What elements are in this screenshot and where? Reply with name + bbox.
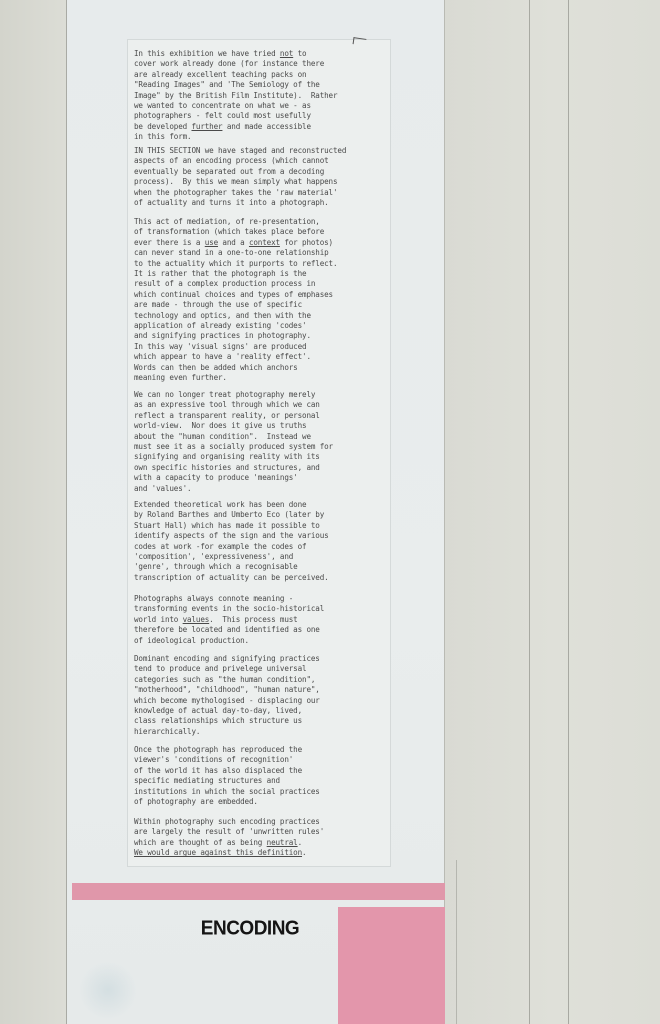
paragraph-this-section: IN THIS SECTION we have staged and recon… bbox=[134, 146, 346, 208]
paragraph-mediation: This act of mediation, of re-presentatio… bbox=[134, 217, 337, 384]
wall-seam bbox=[529, 0, 530, 1024]
paragraph-no-longer: We can no longer treat photography merel… bbox=[134, 390, 333, 494]
section-title: ENCODING bbox=[150, 917, 350, 940]
underlined-text: We would argue against this definition bbox=[134, 848, 302, 857]
wall-left bbox=[0, 0, 66, 1024]
paragraph-theory: Extended theoretical work has been done … bbox=[134, 500, 329, 583]
wall-seam bbox=[568, 0, 569, 1024]
paragraph-connote: Photographs always connote meaning - tra… bbox=[134, 594, 324, 646]
wall-right bbox=[444, 0, 660, 1024]
paragraph-within: Within photography such encoding practic… bbox=[134, 817, 324, 859]
underlined-text: values bbox=[183, 615, 210, 624]
underlined-text: further bbox=[191, 122, 222, 131]
pink-block bbox=[338, 907, 445, 1024]
pink-stripe bbox=[72, 883, 445, 900]
underlined-text: context bbox=[249, 238, 280, 247]
underlined-text: not bbox=[280, 49, 293, 58]
smudge bbox=[78, 960, 138, 1020]
underlined-text: neutral bbox=[267, 838, 298, 847]
paragraph-intro: In this exhibition we have tried not to … bbox=[134, 49, 337, 143]
underlined-text: use bbox=[205, 238, 218, 247]
board-edge bbox=[456, 860, 457, 1024]
paragraph-dominant: Dominant encoding and signifying practic… bbox=[134, 654, 320, 737]
paragraph-once: Once the photograph has reproduced the v… bbox=[134, 745, 320, 807]
